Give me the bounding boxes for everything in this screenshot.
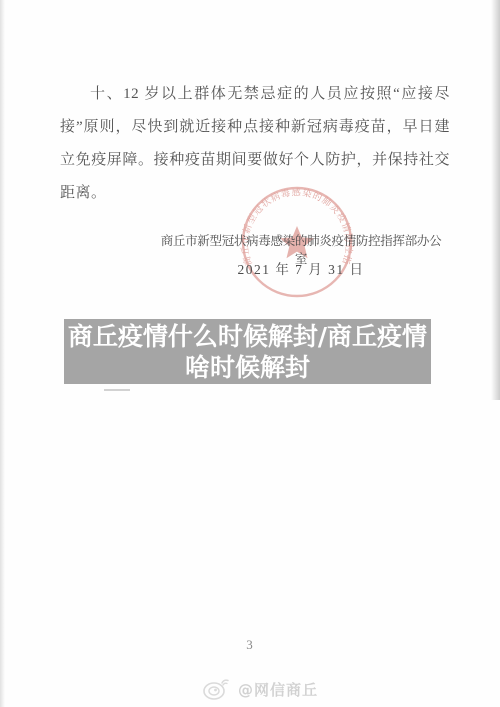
weibo-icon (202, 677, 232, 701)
headline-text: 商丘疫情什么时候解封/商丘疫情啥时候解封 (64, 320, 431, 383)
paper-edge-right (491, 0, 500, 400)
compression-smudge (104, 389, 130, 391)
document-date: 2021 年 7 月 31 日 (160, 258, 442, 278)
headline-banner: 商丘疫情什么时候解封/商丘疫情啥时候解封 (64, 319, 431, 384)
document-page: 十、12 岁以上群体无禁忌症的人员应按照“应接尽接”原则，尽快到就近接种点接种新… (0, 0, 500, 707)
watermark-handle: @网信商丘 (238, 679, 318, 700)
paper-edge-left (0, 0, 5, 707)
watermark: @网信商丘 (202, 677, 318, 701)
page-number: 3 (0, 637, 500, 653)
